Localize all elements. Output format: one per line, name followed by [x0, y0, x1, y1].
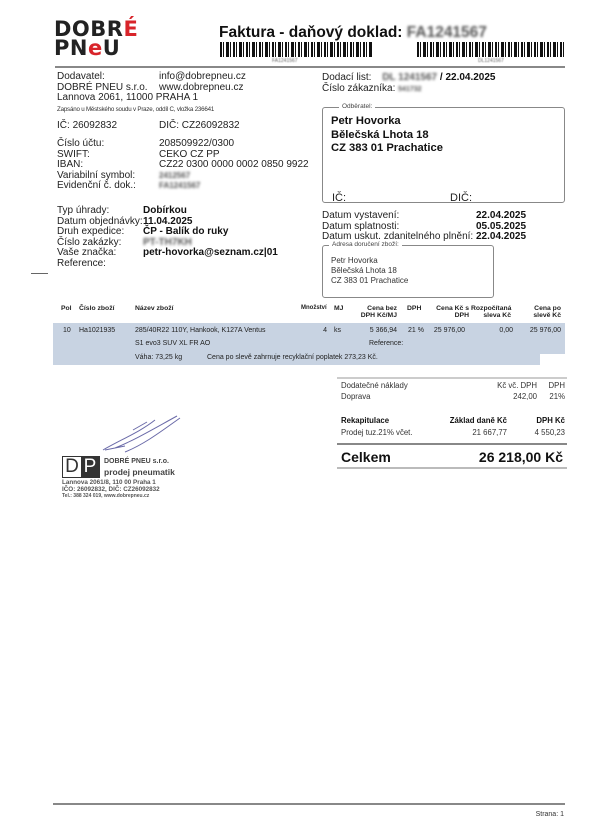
- shipping-cost-amount: 242,00: [477, 392, 537, 401]
- footer-divider: [53, 803, 565, 805]
- customer-number-label: Číslo zákazníka:: [322, 83, 395, 94]
- item-unit-price: 5 366,94: [353, 327, 397, 334]
- order-number: PT-TH7KH: [143, 238, 327, 249]
- customer-reference: petr-hovorka@seznam.cz|01: [143, 248, 327, 259]
- barcode-left: [220, 42, 372, 57]
- order-label: Reference:: [57, 259, 143, 270]
- row-edge: [540, 354, 570, 366]
- supplier-label: Dodavatel:: [57, 72, 159, 83]
- invoice-total: Celkem 26 218,00 Kč: [341, 449, 565, 465]
- column-header: Název zboží: [135, 305, 174, 312]
- customer-ic-label: IČ:: [332, 192, 346, 204]
- bank-info: Číslo účtu:208509922/0300 SWIFT:CEKO CZ …: [57, 139, 322, 192]
- bank-label: IBAN:: [57, 160, 159, 171]
- stamp-tagline: prodej pneumatik: [104, 467, 175, 477]
- order-info: Typ úhrady:Dobírkou Datum objednávky:11.…: [57, 206, 327, 269]
- additional-costs-label: Dodatečné náklady: [341, 381, 408, 390]
- payment-type: Dobírkou: [143, 206, 327, 217]
- column-header: DPH: [407, 305, 421, 312]
- column-header: Cena bez DPH Kč/MJ: [355, 305, 397, 319]
- customer-number: 541732: [398, 86, 421, 93]
- document-title: Faktura - daňový doklad: FA1241567: [219, 24, 487, 42]
- item-name-detail: S1 evo3 SUV XL FR AO: [135, 340, 210, 347]
- additional-costs-header: DPH: [541, 381, 565, 390]
- item-final-price: 25 976,00: [517, 327, 561, 334]
- header-divider: [55, 66, 565, 68]
- item-unit: ks: [334, 327, 341, 334]
- shipping-name: Petr Hovorka: [331, 256, 408, 266]
- stamp-ids: IČO: 26092832, DIČ: CZ26092832: [62, 486, 202, 493]
- shipping-cost-label: Doprava: [341, 392, 370, 401]
- item-code: Ha1021935: [79, 327, 115, 334]
- additional-costs-header: Kč vč. DPH: [477, 381, 537, 390]
- signature: [95, 410, 185, 460]
- bank-label: Evidenční č. dok.:: [57, 181, 159, 192]
- recap-header: DPH Kč: [515, 416, 565, 425]
- variable-symbol: 2412567: [159, 171, 322, 182]
- order-label: Typ úhrady:: [57, 206, 143, 217]
- barcode-caption: DL1241567: [478, 58, 504, 64]
- item-name: 285/40R22 110Y, Hankook, K127A Ventus: [135, 327, 266, 334]
- total-label: Celkem: [341, 449, 391, 465]
- column-header: Cena po slevě Kč: [519, 305, 561, 319]
- delivery-note-date: / 22.04.2025: [440, 72, 496, 83]
- item-reference-label: Reference:: [369, 340, 403, 347]
- stamp-letter: D: [63, 457, 81, 477]
- shipping-city: CZ 383 01 Prachatice: [331, 276, 408, 286]
- item-price-with-vat: 25 976,00: [421, 327, 465, 334]
- supplier-email: info@dobrepneu.cz: [159, 72, 317, 83]
- customer-city: CZ 383 01 Prachatice: [331, 142, 443, 156]
- order-label: Druh expedice:: [57, 227, 143, 238]
- recap-label: Rekapitulace: [341, 416, 389, 425]
- items-header: Pol Číslo zboží Název zboží Množství MJ …: [55, 305, 567, 323]
- item-weight: Váha: 73,25 kg: [135, 354, 182, 361]
- table-row: 10 Ha1021935 285/40R22 110Y, Hankook, K1…: [53, 323, 565, 365]
- evidence-number: FA1241567: [159, 181, 322, 192]
- supplier-ic: 26092832: [73, 120, 118, 131]
- customer-name: Petr Hovorka: [331, 115, 443, 129]
- company-stamp: D P DOBRÉ PNEU s.r.o. prodej pneumatik L…: [62, 456, 202, 500]
- supplier-address: Lannova 2061, 11000 PRAHA 1: [57, 93, 317, 104]
- delivery-note: Dodací list: DL 1241567 / 22.04.2025 Čís…: [322, 73, 572, 95]
- recap-header: Základ daně Kč: [427, 416, 507, 425]
- item-note: Cena po slevě zahrnuje recyklační poplat…: [207, 354, 378, 361]
- iban: CZ22 0300 0000 0002 0850 9922: [159, 160, 322, 171]
- tax-recap: Rekapitulace Základ daně Kč DPH Kč Prode…: [337, 416, 567, 439]
- issue-date: 22.04.2025: [476, 211, 542, 222]
- company-logo: DOBRÉ PNeU: [54, 20, 138, 58]
- total-amount: 26 218,00 Kč: [479, 449, 563, 465]
- title-text: Faktura - daňový doklad:: [219, 24, 402, 41]
- ic-label: IČ:: [57, 120, 70, 131]
- column-header: Rozpočítaná sleva Kč: [471, 305, 511, 319]
- stamp-letter: P: [81, 457, 99, 477]
- barcode-caption: FA1241567: [272, 58, 298, 64]
- summary-divider: [337, 377, 567, 379]
- logo-accent: É: [123, 17, 138, 41]
- tax-base: 21 667,77: [427, 428, 507, 437]
- delivery-note-label: Dodací list:: [322, 72, 371, 83]
- customer-dic-label: DIČ:: [450, 192, 472, 204]
- supplier-registry: Zapsáno u Městského soudu v Praze, oddíl…: [57, 105, 317, 116]
- shipping-method: ČP - Balík do ruky: [143, 227, 327, 238]
- shipping-cost-vat: 21%: [541, 392, 565, 401]
- stamp-address: Lannova 2061/8, 110 00 Praha 1: [62, 479, 202, 486]
- vat-amount: 4 550,23: [515, 428, 565, 437]
- customer-legend: Odběratel:: [339, 103, 375, 110]
- logo-text: PN: [54, 36, 88, 60]
- taxable-date: 22.04.2025: [476, 232, 542, 243]
- shipping-street: Bělečská Lhota 18: [331, 266, 408, 276]
- document-number: FA1241567: [407, 24, 487, 41]
- total-divider-bottom: [337, 467, 567, 469]
- item-discount: 0,00: [473, 327, 513, 334]
- logo-text: U: [103, 36, 121, 60]
- stamp-contact: Tel.: 388 324 019, www.dobrepneu.cz: [62, 493, 202, 500]
- column-header: Pol: [61, 305, 72, 312]
- date-label: Datum vystavení:: [322, 211, 476, 222]
- column-header: Množství: [301, 305, 327, 311]
- shipping-address-box: Adresa doručení zboží: Petr Hovorka Běle…: [322, 245, 494, 298]
- order-label: Vaše značka:: [57, 248, 143, 259]
- column-header: MJ: [334, 305, 343, 312]
- page-number: Strana: 1: [536, 811, 564, 818]
- column-header: Číslo zboží: [79, 305, 115, 312]
- logo-accent: e: [88, 36, 103, 60]
- total-divider-top: [337, 443, 567, 445]
- item-quantity: 4: [313, 327, 327, 334]
- additional-costs: Dodatečné náklady Kč vč. DPH DPH Doprava…: [337, 381, 567, 403]
- supplier-block: Dodavatel: info@dobrepneu.cz DOBRÉ PNEU …: [57, 72, 317, 132]
- stamp-company: DOBRÉ PNEU s.r.o.: [104, 457, 175, 467]
- customer-street: Bělečská Lhota 18: [331, 129, 443, 143]
- barcode-right: [417, 42, 565, 57]
- column-header: Cena Kč s DPH: [423, 305, 469, 319]
- reference-value: [143, 259, 327, 270]
- delivery-note-number: DL 1241567: [382, 72, 437, 83]
- supplier-dic: CZ26092832: [182, 120, 240, 131]
- item-position: 10: [63, 327, 71, 334]
- recap-row-label: Prodej tuz.21% včet.: [341, 428, 413, 437]
- customer-box: Odběratel: Petr Hovorka Bělečská Lhota 1…: [322, 107, 565, 203]
- bank-label: Číslo účtu:: [57, 139, 159, 150]
- fold-mark: [31, 273, 48, 274]
- dic-label: DIČ:: [159, 120, 179, 131]
- invoice-dates: Datum vystavení:22.04.2025 Datum splatno…: [322, 211, 542, 243]
- account-number: 208509922/0300: [159, 139, 322, 150]
- shipping-legend: Adresa doručení zboží:: [329, 241, 402, 248]
